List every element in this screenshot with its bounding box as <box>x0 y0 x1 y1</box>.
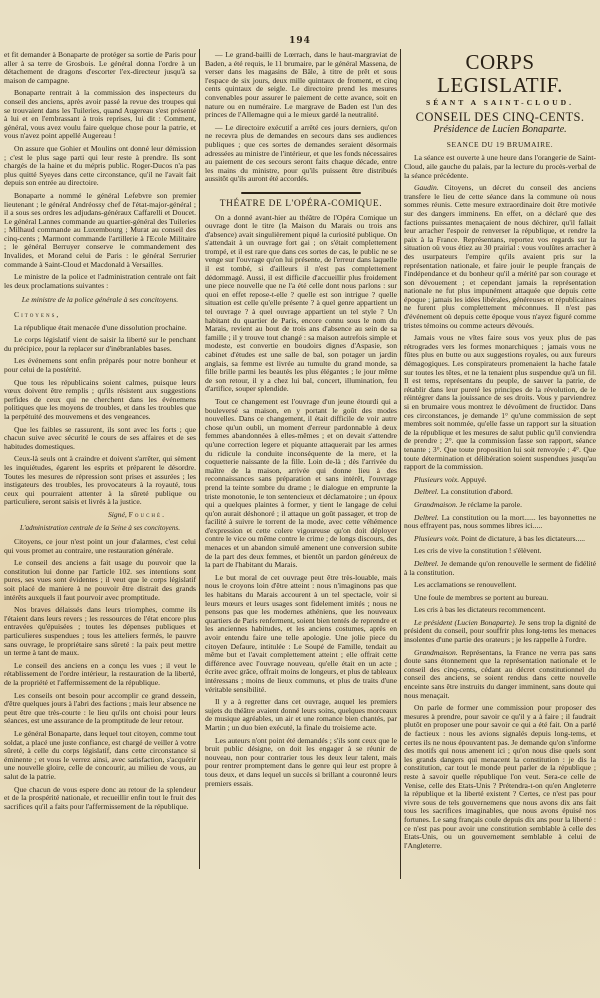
paragraph: Bonaparte a nommé le général Lefebvre so… <box>4 192 196 269</box>
paragraph: Bonaparte rentrait à la commission des i… <box>4 89 196 141</box>
speaker: Grandmaison. <box>414 500 458 509</box>
debate-entry: Jamais vous ne vîtes faire sous vos yeux… <box>404 334 596 472</box>
paragraph: Le conseil des anciens en a conçu les vu… <box>4 662 196 688</box>
column-divider <box>400 49 401 879</box>
signature-prefix: Signé, <box>108 510 127 519</box>
section-title: CORPS LEGISLATIF. <box>404 51 596 97</box>
debate-entry: Gaudin. Citoyens, un décret du conseil d… <box>404 184 596 330</box>
paragraph: Citoyens, ce jour n'est point un jour d'… <box>4 538 196 555</box>
paragraph: Le but moral de cet ouvrage peut être tr… <box>205 574 397 694</box>
speech: Jamais vous ne vîtes faire sous vos yeux… <box>404 333 596 471</box>
paragraph: Les événemens sont enfin préparés pour n… <box>4 357 196 374</box>
signature: Signé, Fouché. <box>4 511 166 520</box>
debate-entry: Plusieurs voix. Point de dictature, à ba… <box>404 535 596 544</box>
paragraph: La république était menacée d'une dissol… <box>4 324 196 333</box>
paragraph: La séance est ouverte à une heure dans l… <box>404 154 596 180</box>
section-separator <box>241 192 361 194</box>
salutation: Citoyens, <box>4 311 196 320</box>
presidency: Présidence de Lucien Bonaparte. <box>404 126 596 135</box>
debate-entry: On parle de former une commission pour p… <box>404 704 596 850</box>
speech: La constitution d'abord. <box>441 487 513 496</box>
paragraph: Il y a à regretter dans cet ouvrage, auq… <box>205 698 397 732</box>
paragraph: Que tous les républicains soient calmes,… <box>4 379 196 422</box>
paragraph: et fit demander à Bonaparte de protéger … <box>4 51 196 85</box>
speech: Les acclamations se renouvellent. <box>414 580 516 589</box>
debate-entry: Delbrel. Je demande qu'on renouvelle le … <box>404 560 596 577</box>
paragraph: Nos braves délaissés dans leurs triomphe… <box>4 606 196 658</box>
speaker: Plusieurs voix. <box>414 475 459 484</box>
debate-entry: Les cris à bas les dictateurs recommence… <box>404 606 596 615</box>
paragraph: Le ministre de la police et l'administra… <box>4 273 196 290</box>
section-title: THÉATRE DE L'OPÉRA-COMIQUE. <box>205 200 397 209</box>
speech: Appuyé. <box>461 475 487 484</box>
paragraph: Ceux-là seuls ont à craindre et doivent … <box>4 455 196 507</box>
speech: Les cris à bas les dictateurs recommence… <box>414 605 545 614</box>
speech: Représentans, la France ne verra pas san… <box>404 648 596 700</box>
proclamation-heading: Le ministre de la police générale à ses … <box>4 296 196 305</box>
debate-entry: Les acclamations se renouvellent. <box>404 581 596 590</box>
speech: On parle de former une commission pour p… <box>404 703 596 850</box>
section-subtitle: SÉANT A SAINT-CLOUD. <box>404 99 596 108</box>
column-middle: — Le grand-bailli de Lœrrach, dans le ha… <box>205 51 397 792</box>
column-divider <box>199 49 200 869</box>
debate-entry: Plusieurs voix. Appuyé. <box>404 476 596 485</box>
signature-name: Fouché. <box>129 510 166 519</box>
speaker: Plusieurs voix. <box>414 534 459 543</box>
debate-entry: Grandmaison. Je réclame la parole. <box>404 501 596 510</box>
debate-entry: Grandmaison. Représentans, la France ne … <box>404 649 596 701</box>
speech: Une foule de membres se portent au burea… <box>414 593 548 602</box>
column-right: CORPS LEGISLATIF. SÉANT A SAINT-CLOUD. C… <box>404 51 596 854</box>
debate-entry: Le président (Lucien Bonaparte). Je sens… <box>404 619 596 645</box>
session-heading: SEANCE DU 19 BRUMAIRE. <box>404 141 596 150</box>
paragraph: On a donné avant-hier au théâtre de l'Op… <box>205 214 397 394</box>
debate-entry: Delbrel. La constitution d'abord. <box>404 488 596 497</box>
debate-entry: Delbrel. La constitution ou la mort.....… <box>404 514 596 531</box>
paragraph: Le corps législatif vient de saisir la l… <box>4 336 196 353</box>
column-left: et fit demander à Bonaparte de protéger … <box>4 51 196 815</box>
speaker: Delbrel. <box>414 487 439 496</box>
council-title: CONSEIL DES CINQ-CENTS. <box>404 113 596 122</box>
news-item: — Le grand-bailli de Lœrrach, dans le ha… <box>205 51 397 120</box>
speech: Point de dictature, à bas les dictateurs… <box>461 534 585 543</box>
paragraph: Que chacun de vous espere donc au retour… <box>4 786 196 812</box>
paragraph: Les conseils ont besoin pour accomplir c… <box>4 692 196 726</box>
paragraph: On assure que Gohier et Moulins ont donn… <box>4 145 196 188</box>
speech: Citoyens, un décret du conseil des ancie… <box>404 183 596 330</box>
page-number: 194 <box>0 36 600 46</box>
speech: Les cris de vive la constitution ! s'élè… <box>414 546 541 555</box>
paragraph: Le général Bonaparte, dans lequel tout c… <box>4 730 196 782</box>
paragraph: Le conseil des anciens a fait usage du p… <box>4 559 196 602</box>
debate-entry: Une foule de membres se portent au burea… <box>404 594 596 603</box>
debate-entry: Les cris de vive la constitution ! s'élè… <box>404 547 596 556</box>
paragraph: Les auteurs n'ont point été demandés ; s… <box>205 737 397 789</box>
speech: Je réclame la parole. <box>460 500 522 509</box>
proclamation-heading: L'administration centrale de la Seine à … <box>4 524 196 533</box>
paragraph: Tout ce changement est l'ouvrage d'un je… <box>205 398 397 570</box>
news-item: — Le directoire exécutif a arrêté ces jo… <box>205 124 397 184</box>
paragraph: Que les faibles se rassurent, ils sont a… <box>4 426 196 452</box>
